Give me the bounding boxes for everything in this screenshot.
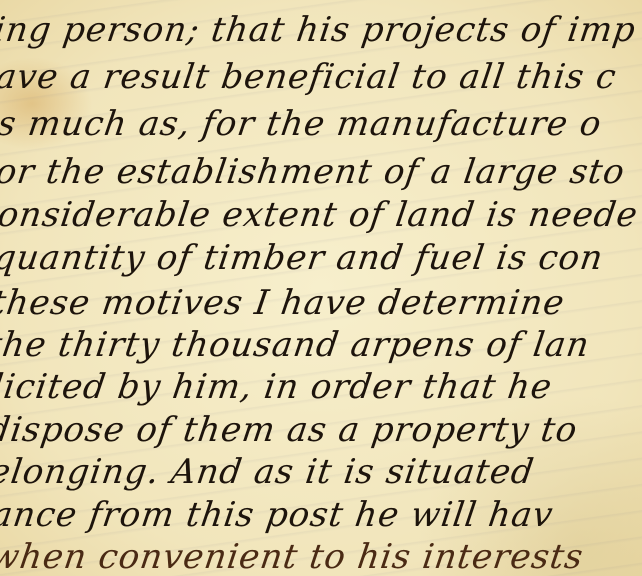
manuscript-line-2: ave a result beneficial to all this c: [0, 57, 619, 97]
manuscript-line-3: s much as, for the manufacture o: [0, 104, 604, 144]
manuscript-line-8: the thirty thousand arpens of lan: [0, 325, 592, 365]
manuscript-line-4: or the establishment of a large sto: [0, 152, 628, 192]
manuscript-line-7: these motives I have determine: [0, 283, 567, 323]
manuscript-line-9: licited by him, in order that he: [0, 367, 555, 407]
manuscript-line-5: onsiderable extent of land is neede: [0, 195, 641, 235]
manuscript-line-12: ance from this post he will hav: [0, 495, 556, 535]
manuscript-line-11: elonging. And as it is situated: [0, 452, 537, 492]
manuscript-line-1: ing person; that his projects of imp: [0, 10, 639, 50]
manuscript-page: ing person; that his projects of imp ave…: [0, 0, 642, 576]
manuscript-line-6: quantity of timber and fuel is con: [0, 238, 606, 278]
manuscript-line-13: when convenient to his interests: [0, 537, 586, 576]
manuscript-line-10: dispose of them as a property to: [0, 410, 580, 450]
